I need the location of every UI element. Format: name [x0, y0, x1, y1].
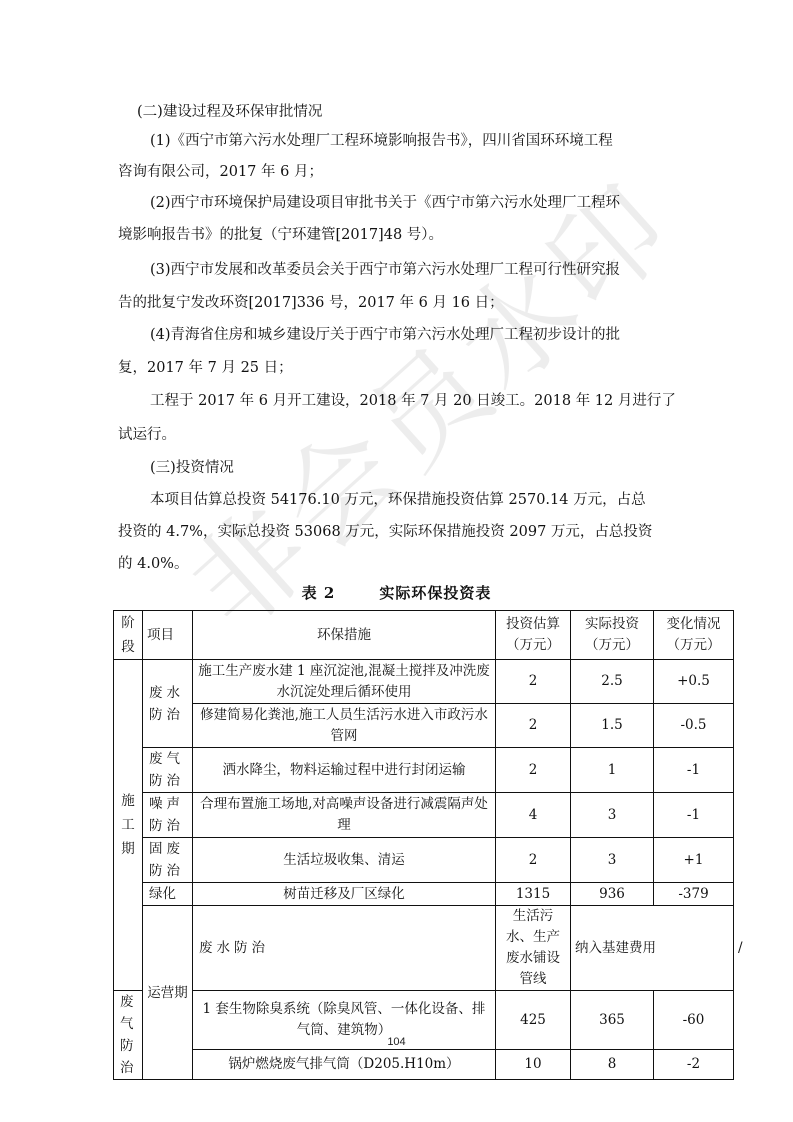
- row-item: 固废防治: [143, 838, 193, 883]
- table-row: 运营期 废水防治 生活污水、生产废水铺设管线 纳入基建费用 /: [114, 906, 734, 991]
- row-measure: 施工生产废水建 1 座沉淀池,混凝土搅拌及冲洗废水沉淀处理后循环使用: [193, 660, 496, 704]
- table-row: 修建简易化粪池,施工人员生活污水进入市政污水管网 2 1.5 -0.5: [114, 704, 734, 748]
- row-estimate: 2: [496, 704, 571, 748]
- row-actual: 1.5: [571, 704, 654, 748]
- row-actual: 936: [571, 883, 654, 906]
- row-estimate: 2: [496, 660, 571, 704]
- table-row: 废气防治 洒水降尘，物料运输过程中进行封闭运输 2 1 -1: [114, 748, 734, 793]
- row-change: -0.5: [654, 704, 734, 748]
- header-actual: 实际投资（万元）: [571, 611, 654, 660]
- table-row: 锅炉燃烧废气排气筒（D205.H10m） 10 8 -2: [114, 1050, 734, 1080]
- row-change: +0.5: [654, 660, 734, 704]
- row-actual: 2.5: [571, 660, 654, 704]
- row-estimate: 4: [496, 793, 571, 838]
- row-estimate: 1315: [496, 883, 571, 906]
- row-change: -2: [654, 1050, 734, 1080]
- row-item: 废气防治: [114, 991, 143, 1080]
- row-item: 废气防治: [143, 748, 193, 793]
- header-stage: 阶段: [114, 611, 143, 660]
- table-row: 施工期 废水防治 施工生产废水建 1 座沉淀池,混凝土搅拌及冲洗废水沉淀处理后循…: [114, 660, 734, 704]
- row-item: 绿化: [143, 883, 193, 906]
- row-estimate: 10: [496, 1050, 571, 1080]
- row-measure: 生活垃圾收集、清运: [193, 838, 496, 883]
- section-heading-construction: (二)建设过程及环保审批情况: [137, 100, 322, 121]
- approval-item-1-line-1: (1)《西宁市第六污水处理厂工程环境影响报告书》，四川省国环环境工程: [150, 129, 613, 150]
- header-item: 项目: [143, 611, 193, 660]
- table-row: 固废防治 生活垃圾收集、清运 2 3 +1: [114, 838, 734, 883]
- investment-line-1: 本项目估算总投资 54176.10 万元，环保措施投资估算 2570.14 万元…: [150, 488, 646, 509]
- table-caption: 表 2实际环保投资表: [0, 582, 793, 603]
- table-row: 噪声防治 合理布置施工场地,对高噪声设备进行减震隔声处理 4 3 -1: [114, 793, 734, 838]
- row-change: -1: [654, 793, 734, 838]
- row-measure: 合理布置施工场地,对高噪声设备进行减震隔声处理: [193, 793, 496, 838]
- page-number: 104: [0, 1036, 793, 1048]
- row-item: 噪声防治: [143, 793, 193, 838]
- table-header-row: 阶段 项目 环保措施 投资估算（万元） 实际投资（万元） 变化情况（万元）: [114, 611, 734, 660]
- row-measure: 锅炉燃烧废气排气筒（D205.H10m）: [193, 1050, 496, 1080]
- environmental-investment-table: 阶段 项目 环保措施 投资估算（万元） 实际投资（万元） 变化情况（万元） 施工…: [113, 610, 734, 1080]
- investment-line-2: 投资的 4.7%，实际总投资 53068 万元，实际环保措施投资 2097 万元…: [118, 520, 652, 541]
- approval-item-4-line-1: (4)青海省住房和城乡建设厅关于西宁市第六污水处理厂工程初步设计的批: [150, 323, 620, 344]
- row-actual: 1: [571, 748, 654, 793]
- row-change: +1: [654, 838, 734, 883]
- stage-construction: 施工期: [114, 660, 143, 991]
- approval-item-4-line-2: 复，2017 年 7 月 25 日；: [118, 356, 293, 377]
- row-change: -379: [654, 883, 734, 906]
- row-estimate-actual-merged: 纳入基建费用: [571, 906, 734, 991]
- header-change: 变化情况（万元）: [654, 611, 734, 660]
- stage-operation: 运营期: [143, 906, 193, 1080]
- approval-item-1-line-2: 咨询有限公司，2017 年 6 月；: [118, 160, 323, 181]
- approval-item-2-line-1: (2)西宁市环境保护局建设项目审批书关于《西宁市第六污水处理厂工程环: [150, 191, 620, 212]
- row-measure: 生活污水、生产废水铺设管线: [496, 906, 571, 991]
- row-estimate: 2: [496, 748, 571, 793]
- approval-item-3-line-1: (3)西宁市发展和改革委员会关于西宁市第六污水处理厂工程可行性研究报: [150, 258, 620, 279]
- row-item: 废水防治: [193, 906, 496, 991]
- table-caption-title: 实际环保投资表: [379, 584, 491, 602]
- row-actual: 8: [571, 1050, 654, 1080]
- header-estimate: 投资估算（万元）: [496, 611, 571, 660]
- row-actual: 3: [571, 793, 654, 838]
- approval-item-2-line-2: 境影响报告书》的批复（宁环建管[2017]48 号）。: [118, 223, 443, 244]
- row-change: -1: [654, 748, 734, 793]
- table-caption-number: 表 2: [302, 584, 336, 602]
- row-measure: 修建简易化粪池,施工人员生活污水进入市政污水管网: [193, 704, 496, 748]
- row-item: 废水防治: [143, 660, 193, 748]
- row-estimate: 2: [496, 838, 571, 883]
- row-measure: 洒水降尘，物料运输过程中进行封闭运输: [193, 748, 496, 793]
- table-row: 绿化 树苗迁移及厂区绿化 1315 936 -379: [114, 883, 734, 906]
- header-measure: 环保措施: [193, 611, 496, 660]
- row-actual: 3: [571, 838, 654, 883]
- row-measure: 树苗迁移及厂区绿化: [193, 883, 496, 906]
- timeline-line-1: 工程于 2017 年 6 月开工建设，2018 年 7 月 20 日竣工。201…: [150, 389, 676, 410]
- approval-item-3-line-2: 告的批复宁发改环资[2017]336 号，2017 年 6 月 16 日；: [118, 291, 504, 312]
- timeline-line-2: 试运行。: [118, 423, 176, 444]
- section-heading-investment: (三)投资情况: [150, 456, 234, 477]
- document-page: 非会员水印 (二)建设过程及环保审批情况 (1)《西宁市第六污水处理厂工程环境影…: [0, 0, 793, 1122]
- investment-line-3: 的 4.0%。: [118, 552, 188, 573]
